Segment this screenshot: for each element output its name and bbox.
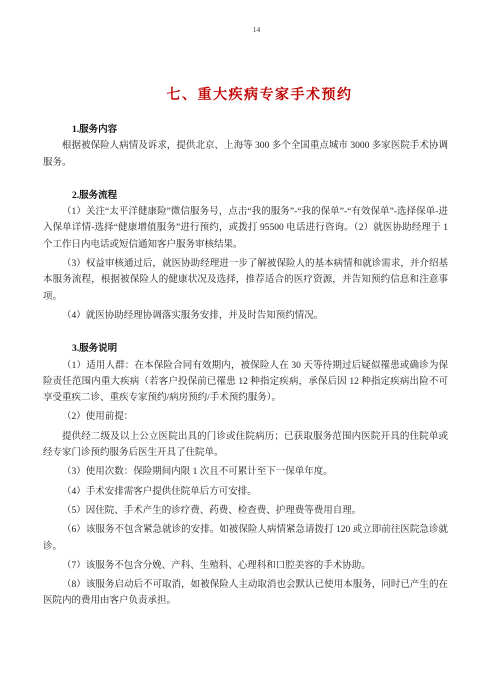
paragraph: （8）该服务启动后不可取消，如被保险人主动取消也会默认已使用本服务，同时已产生的… [43,577,448,610]
paragraph: （1）关注“太平洋健康险”微信服务号，点击“我的服务”-“我的保单”-“有效保单… [43,204,448,253]
section-service-content: 1.服务内容 根据被保险人病情及诉求，提供北京、上海等 300 多个全国重点城市… [43,122,448,171]
document-title: 七、重大疾病专家手术预约 [12,87,495,105]
section-service-notes: 3.服务说明 （1）适用人群：在本保险合同有效期内，被保险人在 30 天等待期过… [43,341,448,609]
paragraph: （5）因住院、手术产生的诊疗费、药费、检查费、护理费等费用自理。 [43,503,448,519]
paragraph: （1）适用人群：在本保险合同有效期内，被保险人在 30 天等待期过后疑似罹患或确… [43,358,448,407]
paragraph: （4）手术安排需客户提供住院单后方可安排。 [43,484,448,500]
section-1-heading: 1.服务内容 [43,122,448,138]
document-content: 1.服务内容 根据被保险人病情及诉求，提供北京、上海等 300 多个全国重点城市… [43,122,448,610]
paragraph: （4）就医协助经理协调落实服务安排，并及时告知预约情况。 [43,308,448,324]
paragraph: （3）权益审核通过后，就医协助经理进一步了解被保险人的基本病情和就诊需求，并介绍… [43,256,448,305]
paragraph: （6）该服务不包含紧急就诊的安排。如被保险人病情紧急请拨打 120 或立即前往医… [43,522,448,555]
section-3-heading: 3.服务说明 [43,341,448,357]
paragraph: 提供经二级及以上公立医院出具的门诊或住院病历；已获取服务范围内医院开具的住院单或… [43,429,448,462]
paragraph: （2）使用前提： [43,409,448,425]
paragraph: 根据被保险人病情及诉求，提供北京、上海等 300 多个全国重点城市 3000 多… [43,138,448,171]
document-page: 14 七、重大疾病专家手术预约 1.服务内容 根据被保险人病情及诉求，提供北京、… [0,0,495,700]
section-2-heading: 2.服务流程 [43,188,448,204]
section-service-process: 2.服务流程 （1）关注“太平洋健康险”微信服务号，点击“我的服务”-“我的保单… [43,188,448,324]
paragraph: （3）使用次数：保险期间内限 1 次且不可累计至下一保单年度。 [43,464,448,480]
page-number: 14 [9,0,495,35]
paragraph: （7）该服务不包含分娩、产科、生殖科、心理科和口腔美容的手术协助。 [43,558,448,574]
